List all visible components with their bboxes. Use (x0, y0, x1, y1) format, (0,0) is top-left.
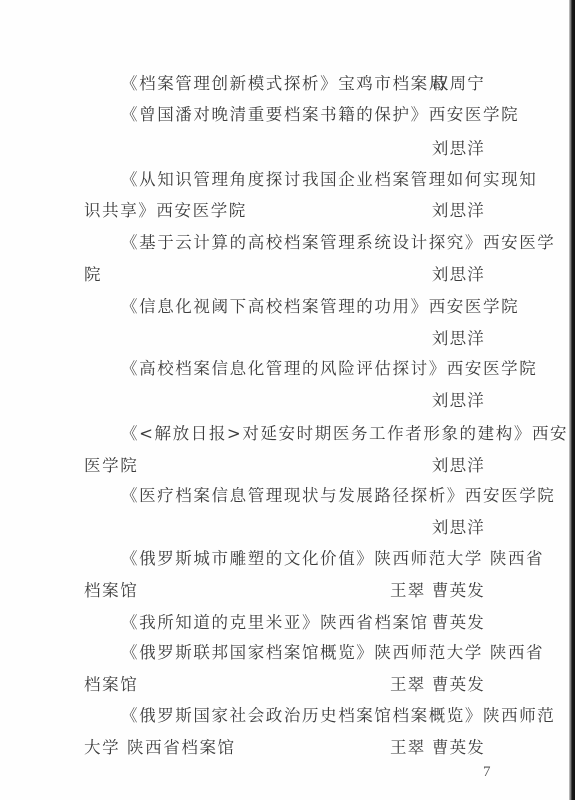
entry-title-line: 《信息化视阈下高校档案管理的功用》西安医学院 (121, 297, 519, 317)
entry-title-continuation: 识共享》西安医学院 (84, 201, 247, 221)
entry-authors: 曹英发 (432, 613, 485, 633)
entry-authors: 刘思洋 (432, 201, 485, 221)
scan-edge-shadow (569, 0, 575, 800)
entry-title-continuation: 大学 陕西省档案馆 (84, 738, 236, 758)
page-number: 7 (483, 764, 491, 781)
entry-title-continuation: 档案馆 (84, 581, 138, 601)
entry-title-continuation: 院 (84, 265, 102, 285)
entry-title-line: 《基于云计算的高校档案管理系统设计探究》西安医学 (121, 233, 555, 253)
entry-authors: 刘思洋 (432, 391, 485, 411)
entry-authors: 王翠 曹英发 (390, 675, 485, 695)
entry-title-continuation: 档案馆 (84, 675, 138, 695)
entry-title-line: 《档案管理创新模式探析》宝鸡市档案局 (121, 74, 447, 94)
document-page: 《档案管理创新模式探析》宝鸡市档案局 权周宁 《曾国潘对晚清重要档案书籍的保护》… (0, 0, 569, 800)
entry-authors: 刘思洋 (432, 139, 485, 159)
entry-authors: 刘思洋 (432, 518, 485, 538)
entry-authors: 刘思洋 (432, 456, 485, 476)
entry-authors: 权周宁 (432, 74, 485, 94)
entry-title-line: 《俄罗斯联邦国家档案馆概览》陕西师范大学 陕西省 (121, 643, 544, 663)
entry-title-line: 《医疗档案信息管理现状与发展路径探析》西安医学院 (121, 486, 555, 506)
entry-authors: 刘思洋 (432, 329, 485, 349)
entry-title-line: 《我所知道的克里米亚》陕西省档案馆 (121, 613, 429, 633)
entry-title-line: 《俄罗斯国家社会政治历史档案馆档案概览》陕西师范 (121, 706, 555, 726)
entry-title-line: 《高校档案信息化管理的风险评估探讨》西安医学院 (121, 359, 537, 379)
entry-authors: 王翠 曹英发 (390, 738, 485, 758)
entry-title-continuation: 医学院 (84, 456, 138, 476)
entry-title-line: 《从知识管理角度探讨我国企业档案管理如何实现知 (121, 170, 537, 190)
entry-authors: 王翠 曹英发 (390, 581, 485, 601)
entry-title-line: 《曾国潘对晚清重要档案书籍的保护》西安医学院 (121, 105, 519, 125)
entry-title-line: 《<解放日报>对延安时期医务工作者形象的建构》西安 (121, 424, 568, 444)
entry-title-line: 《俄罗斯城市雕塑的文化价值》陕西师范大学 陕西省 (121, 549, 544, 569)
entry-authors: 刘思洋 (432, 265, 485, 285)
